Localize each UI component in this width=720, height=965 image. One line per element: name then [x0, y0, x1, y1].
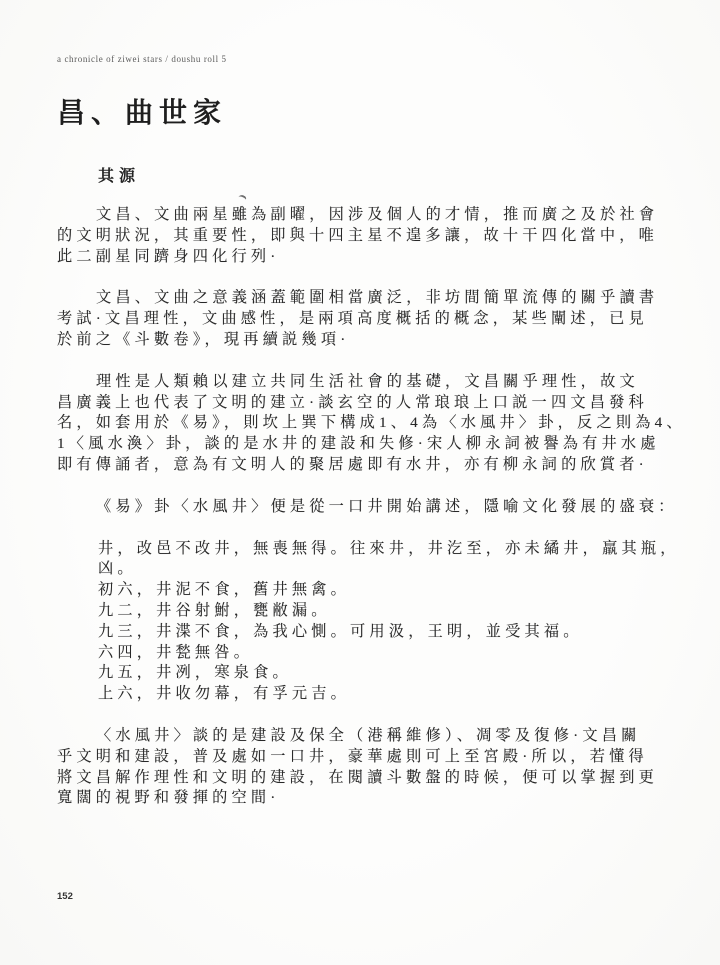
yijing-line-jiuwu: 九五，井冽，寒泉食。	[98, 663, 679, 684]
section-heading: 其源	[98, 167, 679, 187]
paragraph-origin-1: 文昌、文曲兩星雖為副曜，因涉及個人的才情，推而廣之及於社會 的文明狀況，其重要性…	[57, 205, 679, 267]
closing-paragraph: 〈水風井〉談的是建設及保全（港稱維修）、凋零及復修·文昌關 乎文明和建設，普及處…	[57, 726, 679, 809]
yijing-intro: 《易》卦〈水風井〉便是從一口井開始講述，隱喻文化發展的盛衰：	[57, 497, 679, 518]
paragraph-origin-2: 文昌、文曲之意義涵蓋範圍相當廣泛，非坊間簡單流傳的關乎讀書 考試·文昌理性，文曲…	[57, 288, 679, 350]
yijing-line-jiuer: 九二，井谷射鮒，甕敝漏。	[98, 601, 679, 622]
scan-artifact-mark	[237, 194, 247, 204]
yijing-line-chuliu: 初六，井泥不食，舊井無禽。	[98, 580, 679, 601]
yijing-line-shangliu: 上六，井收勿幕，有孚元吉。	[98, 684, 679, 705]
book-page: a chronicle of ziwei stars / doushu roll…	[0, 0, 720, 965]
yijing-line-judgment: 井，改邑不改井，無喪無得。往來井，井汔至，亦未繘井，羸其瓶， 凶。	[98, 539, 679, 581]
running-header: a chronicle of ziwei stars / doushu roll…	[57, 53, 679, 65]
yijing-line-liusi: 六四，井甃無咎。	[98, 643, 679, 664]
paragraph-origin-3: 理性是人類賴以建立共同生活社會的基礎，文昌關乎理性，故文 昌廣義上也代表了文明的…	[57, 372, 679, 476]
chapter-title: 昌、曲世家	[57, 97, 679, 129]
page-number: 152	[57, 891, 73, 902]
yijing-quote-block: 井，改邑不改井，無喪無得。往來井，井汔至，亦未繘井，羸其瓶， 凶。 初六，井泥不…	[98, 539, 679, 705]
yijing-line-jiusan: 九三，井渫不食，為我心惻。可用汲，王明，並受其福。	[98, 622, 679, 643]
